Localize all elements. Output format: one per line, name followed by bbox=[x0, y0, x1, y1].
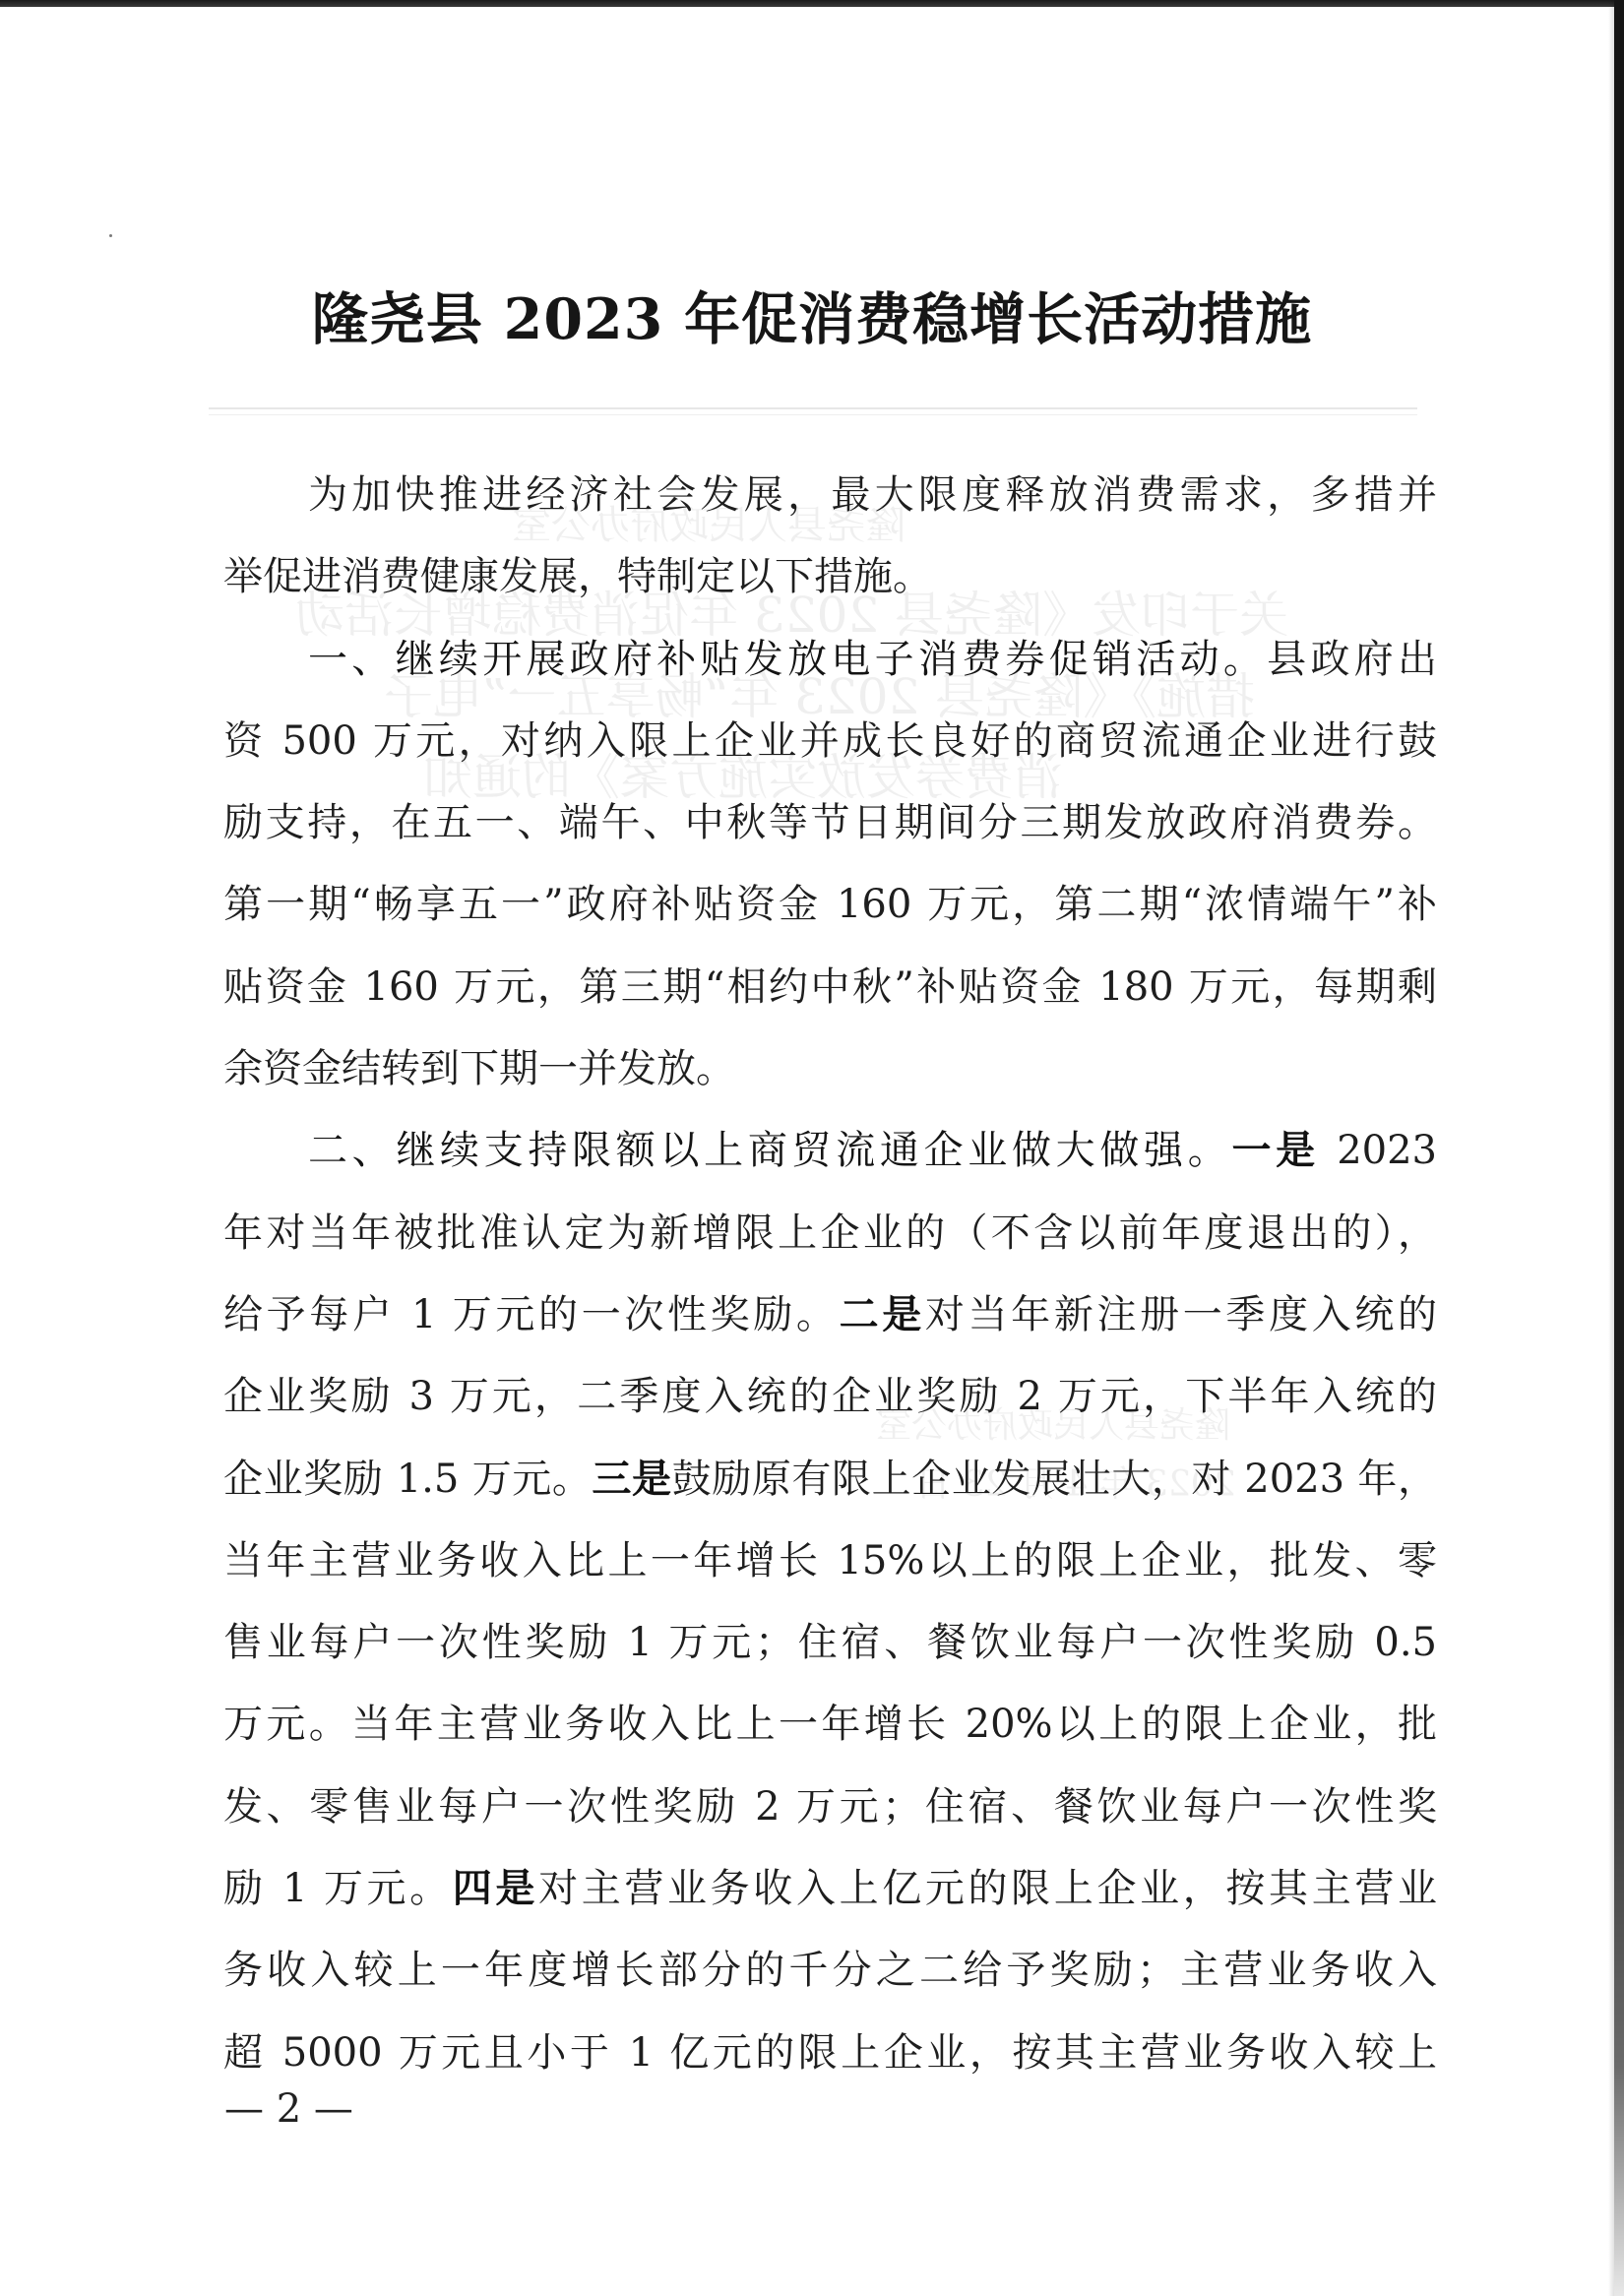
body-text: 励 1 万元。 bbox=[223, 1866, 453, 1911]
section-heading-line: 二、继续支持限额以上商贸流通企业做大做强。一是 2023 bbox=[223, 1126, 1437, 1208]
paragraph-line: 第一期“畅享五一”政府补贴资金 160 万元，第二期“浓情端午”补 bbox=[223, 880, 1437, 962]
paragraph-line: 当年主营业务收入比上一年增长 15%以上的限上企业，批发、零 bbox=[223, 1536, 1437, 1618]
paragraph-line: 给予每户 1 万元的一次性奖励。二是对当年新注册一季度入统的 bbox=[223, 1290, 1437, 1372]
bleed-through-rule bbox=[209, 407, 1417, 409]
body-text: 鼓励原有限上企业发展壮大，对 2023 年， bbox=[672, 1457, 1437, 1502]
body-text: 企业奖励 3 万元，二季度入统的企业奖励 2 万元，下半年入统的 bbox=[223, 1374, 1437, 1419]
paragraph-line: 企业奖励 1.5 万元。三是鼓励原有限上企业发展壮大，对 2023 年， bbox=[223, 1455, 1437, 1536]
body-text: 2023 bbox=[1320, 1128, 1437, 1173]
body-text: 资 500 万元，对纳入限上企业并成长良好的商贸流通企业进行鼓 bbox=[223, 718, 1437, 764]
ordinal-marker: 一是 bbox=[1231, 1127, 1319, 1173]
body-text: 对主营业务收入上亿元的限上企业，按其主营业 bbox=[538, 1866, 1437, 1911]
body-text: 万元。当年主营业务收入比上一年增长 20%以上的限上企业，批 bbox=[223, 1702, 1437, 1747]
paragraph-line: 企业奖励 3 万元，二季度入统的企业奖励 2 万元，下半年入统的 bbox=[223, 1372, 1437, 1454]
body-text: 县政府出 bbox=[1267, 637, 1437, 682]
body-text: 年对当年被批准认定为新增限上企业的（不含以前年度退出的）， bbox=[223, 1210, 1437, 1256]
body-text: 余资金结转到下期一并发放。 bbox=[223, 1046, 735, 1091]
body-text: 贴资金 160 万元，第三期“相约中秋”补贴资金 180 万元，每期剩 bbox=[223, 964, 1437, 1010]
scan-speck bbox=[109, 234, 112, 237]
paragraph-line: 年对当年被批准认定为新增限上企业的（不含以前年度退出的）， bbox=[223, 1209, 1437, 1290]
body-text: 对当年新注册一季度入统的 bbox=[925, 1292, 1437, 1337]
section-heading-line: 一、继续开展政府补贴发放电子消费券促销活动。县政府出 bbox=[223, 635, 1437, 716]
paragraph-line: 万元。当年主营业务收入比上一年增长 20%以上的限上企业，批 bbox=[223, 1700, 1437, 1781]
body-text: 售业每户一次性奖励 1 万元；住宿、餐饮业每户一次性奖励 0.5 bbox=[223, 1620, 1437, 1665]
body-text: 务收入较上一年度增长部分的千分之二给予奖励；主营业务收入 bbox=[223, 1948, 1437, 1993]
section-heading-2: 二、继续支持限额以上商贸流通企业做大做强。 bbox=[308, 1128, 1231, 1173]
body-text: 给予每户 1 万元的一次性奖励。 bbox=[223, 1292, 840, 1337]
document-title: 隆尧县 2023 年促消费稳增长活动措施 bbox=[0, 287, 1624, 352]
body-text: 为加快推进经济社会发展，最大限度释放消费需求，多措并 bbox=[308, 472, 1437, 518]
body-text: 企业奖励 1.5 万元。 bbox=[223, 1457, 592, 1502]
scan-edge-top bbox=[0, 0, 1624, 7]
paragraph-line: 为加快推进经济社会发展，最大限度释放消费需求，多措并 bbox=[223, 470, 1437, 552]
paragraph-line: 贴资金 160 万元，第三期“相约中秋”补贴资金 180 万元，每期剩 bbox=[223, 962, 1437, 1044]
body-text: 超 5000 万元且小于 1 亿元的限上企业，按其主营业务收入较上 bbox=[223, 2030, 1437, 2076]
paragraph-line: 举促进消费健康发展，特制定以下措施。 bbox=[223, 552, 1437, 634]
bleed-through-rule bbox=[209, 414, 1417, 415]
paragraph-line: 售业每户一次性奖励 1 万元；住宿、餐饮业每户一次性奖励 0.5 bbox=[223, 1618, 1437, 1700]
paragraph-line: 超 5000 万元且小于 1 亿元的限上企业，按其主营业务收入较上 bbox=[223, 2028, 1437, 2110]
section-heading-1: 一、继续开展政府补贴发放电子消费券促销活动。 bbox=[308, 637, 1267, 682]
ordinal-marker: 三是 bbox=[592, 1456, 671, 1502]
body-text: 励支持，在五一、端午、中秋等节日期间分三期发放政府消费券。 bbox=[223, 800, 1437, 845]
document-body: 为加快推进经济社会发展，最大限度释放消费需求，多措并 举促进消费健康发展，特制定… bbox=[223, 470, 1437, 2110]
paragraph-line: 励支持，在五一、端午、中秋等节日期间分三期发放政府消费券。 bbox=[223, 798, 1437, 880]
paragraph-line: 励 1 万元。四是对主营业务收入上亿元的限上企业，按其主营业 bbox=[223, 1864, 1437, 1946]
body-text: 当年主营业务收入比上一年增长 15%以上的限上企业，批发、零 bbox=[223, 1538, 1437, 1583]
ordinal-marker: 四是 bbox=[453, 1865, 538, 1911]
body-text: 举促进消费健康发展，特制定以下措施。 bbox=[223, 554, 932, 599]
body-text: 第一期“畅享五一”政府补贴资金 160 万元，第二期“浓情端午”补 bbox=[223, 882, 1437, 927]
paragraph-line: 发、零售业每户一次性奖励 2 万元；住宿、餐饮业每户一次性奖 bbox=[223, 1782, 1437, 1864]
ordinal-marker: 二是 bbox=[840, 1291, 925, 1337]
paragraph-line: 余资金结转到下期一并发放。 bbox=[223, 1044, 1437, 1126]
paragraph-line: 务收入较上一年度增长部分的千分之二给予奖励；主营业务收入 bbox=[223, 1946, 1437, 2027]
page-number: — 2 — bbox=[224, 2084, 353, 2134]
body-text: 发、零售业每户一次性奖励 2 万元；住宿、餐饮业每户一次性奖 bbox=[223, 1784, 1437, 1830]
paragraph-line: 资 500 万元，对纳入限上企业并成长良好的商贸流通企业进行鼓 bbox=[223, 716, 1437, 798]
